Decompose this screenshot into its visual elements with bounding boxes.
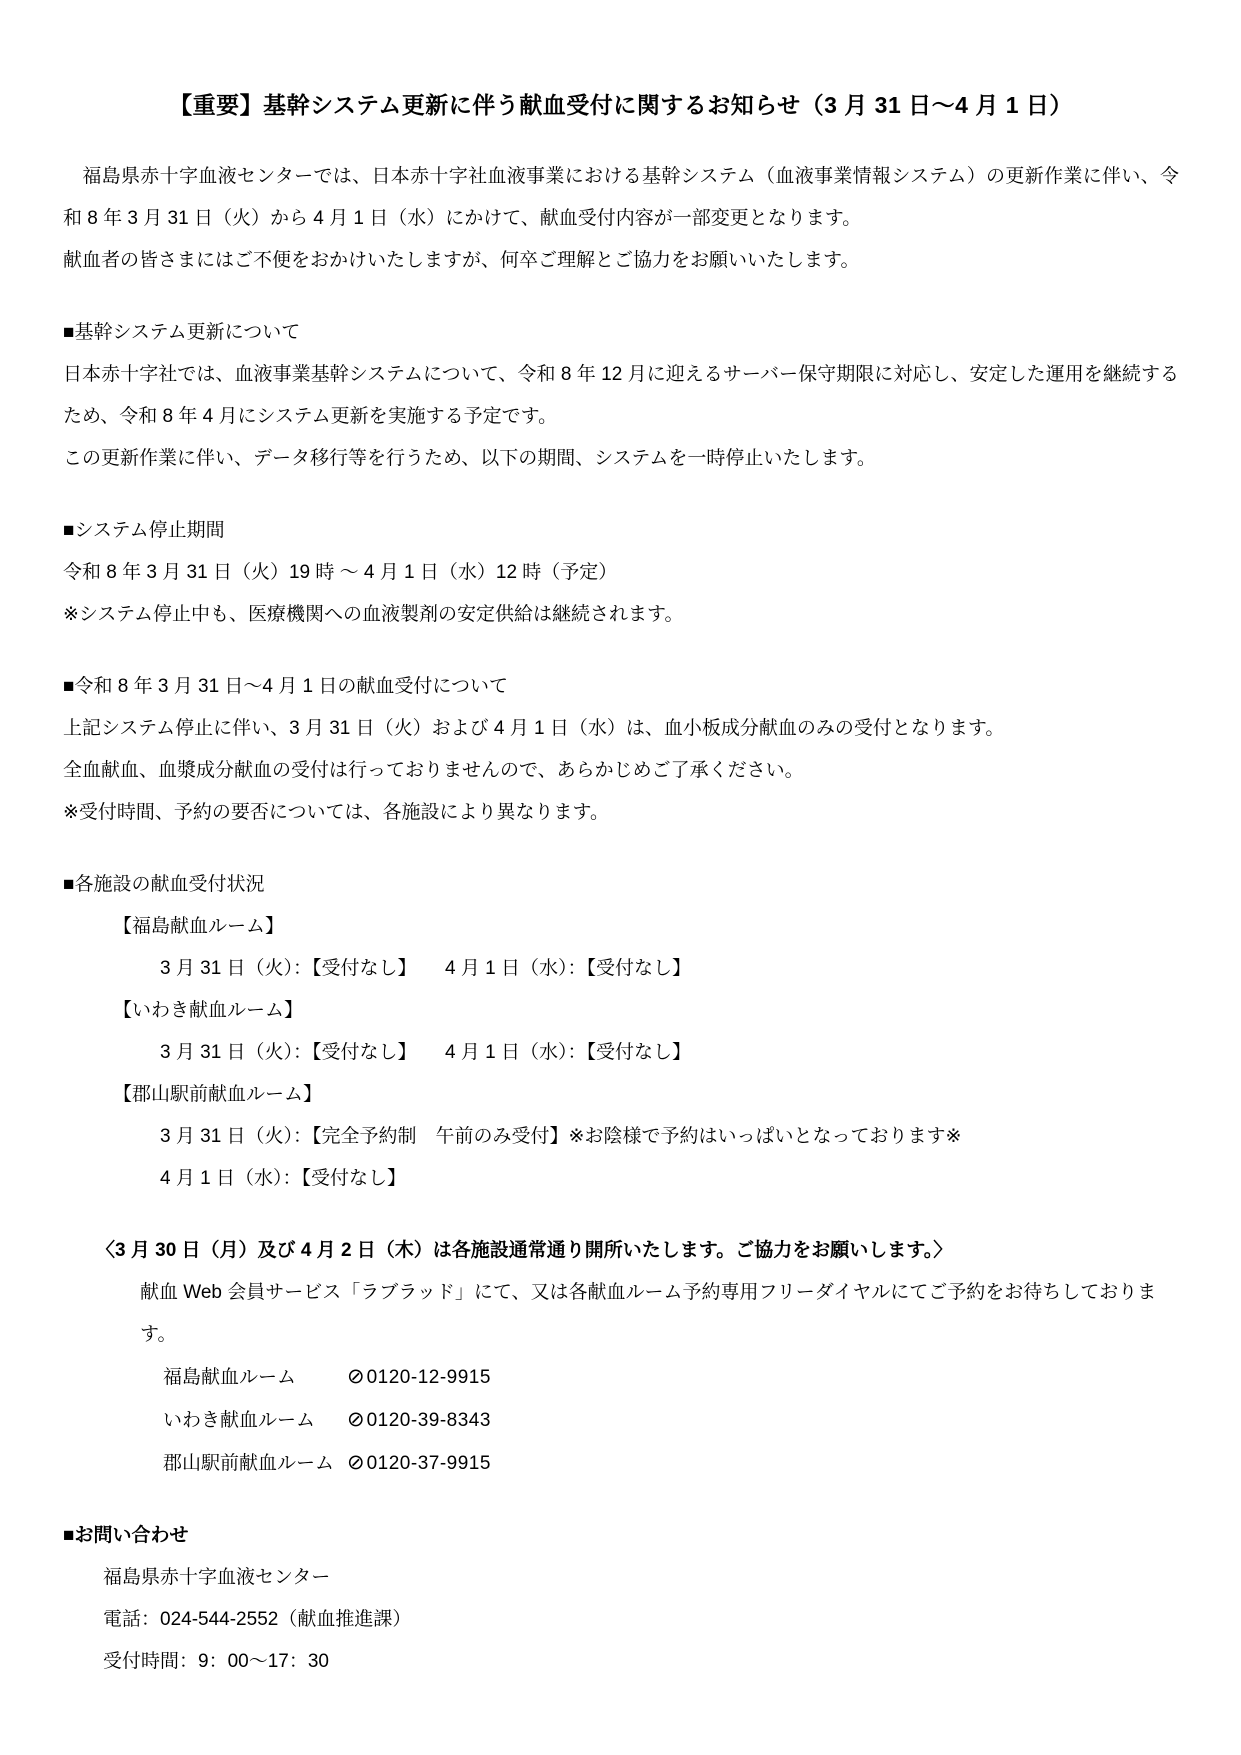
system-stop-period: 令和 8 年 3 月 31 日（火）19 時 ～ 4 月 1 日（水）12 時（…	[63, 552, 1179, 594]
room-name-koriyama: 【郡山駅前献血ルーム】	[63, 1074, 1179, 1116]
section-heading-reception: ■令和 8 年 3 月 31 日～4 月 1 日の献血受付について	[63, 666, 1179, 708]
section-heading-system-update: ■基幹システム更新について	[63, 312, 1179, 354]
room-schedule-koriyama-1: 3 月 31 日（火）：【完全予約制 午前のみ受付】※お陰様で予約はいっぱいとな…	[63, 1116, 1179, 1158]
phone-room-name: 福島献血ルーム	[163, 1357, 347, 1399]
room-schedule-koriyama-2: 4 月 1 日（水）：【受付なし】	[63, 1158, 1179, 1200]
open-days-notice: 〈3 月 30 日（月）及び 4 月 2 日（木）は各施設通常通り開所いたします…	[63, 1230, 1179, 1272]
spacer	[63, 1200, 1179, 1230]
phone-row-fukushima: 福島献血ルーム⊘0120-12-9915	[63, 1356, 1179, 1399]
intro-paragraph-2: 献血者の皆さまにはご不便をおかけいたしますが、何卒ご理解とご協力をお願いいたしま…	[63, 240, 1179, 282]
spacer	[63, 126, 1179, 156]
reservation-info: 献血 Web 会員サービス「ラブラッド」にて、又は各献血ルーム予約専用フリーダイ…	[63, 1272, 1179, 1356]
reception-paragraph-2: 全血献血、血漿成分献血の受付は行っておりませんので、あらかじめご了承ください。	[63, 750, 1179, 792]
phone-number: 0120-37-9915	[367, 1453, 491, 1474]
document-page: 【重要】基幹システム更新に伴う献血受付に関するお知らせ（3 月 31 日～4 月…	[0, 0, 1241, 1755]
page-title: 【重要】基幹システム更新に伴う献血受付に関するお知らせ（3 月 31 日～4 月…	[63, 84, 1179, 126]
system-update-paragraph-1: 日本赤十字社では、血液事業基幹システムについて、令和 8 年 12 月に迎えるサ…	[63, 354, 1179, 438]
contact-organization: 福島県赤十字血液センター	[63, 1557, 1179, 1599]
phone-number: 0120-39-8343	[367, 1410, 491, 1431]
intro-paragraph-1: 福島県赤十字血液センターでは、日本赤十字社血液事業における基幹システム（血液事業…	[63, 156, 1179, 240]
phone-number: 0120-12-9915	[367, 1367, 491, 1388]
system-stop-note: ※システム停止中も、医療機関への血液製剤の安定供給は継続されます。	[63, 594, 1179, 636]
spacer	[63, 282, 1179, 312]
system-update-paragraph-2: この更新作業に伴い、データ移行等を行うため、以下の期間、システムを一時停止いたし…	[63, 438, 1179, 480]
room-schedule-iwaki: 3 月 31 日（火）：【受付なし】 4 月 1 日（水）：【受付なし】	[63, 1032, 1179, 1074]
phone-room-name: 郡山駅前献血ルーム	[163, 1443, 347, 1485]
phone-icon: ⊘	[347, 1451, 365, 1474]
room-name-fukushima: 【福島献血ルーム】	[63, 906, 1179, 948]
phone-room-name: いわき献血ルーム	[163, 1400, 347, 1442]
section-heading-facilities: ■各施設の献血受付状況	[63, 864, 1179, 906]
contact-hours: 受付時間：9：00～17：30	[63, 1641, 1179, 1683]
section-heading-contact: ■お問い合わせ	[63, 1515, 1179, 1557]
section-heading-system-stop: ■システム停止期間	[63, 510, 1179, 552]
spacer	[63, 636, 1179, 666]
phone-row-koriyama: 郡山駅前献血ルーム⊘0120-37-9915	[63, 1442, 1179, 1485]
phone-row-iwaki: いわき献血ルーム⊘0120-39-8343	[63, 1399, 1179, 1442]
contact-telephone: 電話：024-544-2552（献血推進課）	[63, 1599, 1179, 1641]
room-name-iwaki: 【いわき献血ルーム】	[63, 990, 1179, 1032]
spacer	[63, 1485, 1179, 1515]
spacer	[63, 834, 1179, 864]
phone-icon: ⊘	[347, 1365, 365, 1388]
phone-icon: ⊘	[347, 1408, 365, 1431]
spacer	[63, 480, 1179, 510]
reception-paragraph-1: 上記システム停止に伴い、3 月 31 日（火）および 4 月 1 日（水）は、血…	[63, 708, 1179, 750]
room-schedule-fukushima: 3 月 31 日（火）：【受付なし】 4 月 1 日（水）：【受付なし】	[63, 948, 1179, 990]
reception-note: ※受付時間、予約の要否については、各施設により異なります。	[63, 792, 1179, 834]
